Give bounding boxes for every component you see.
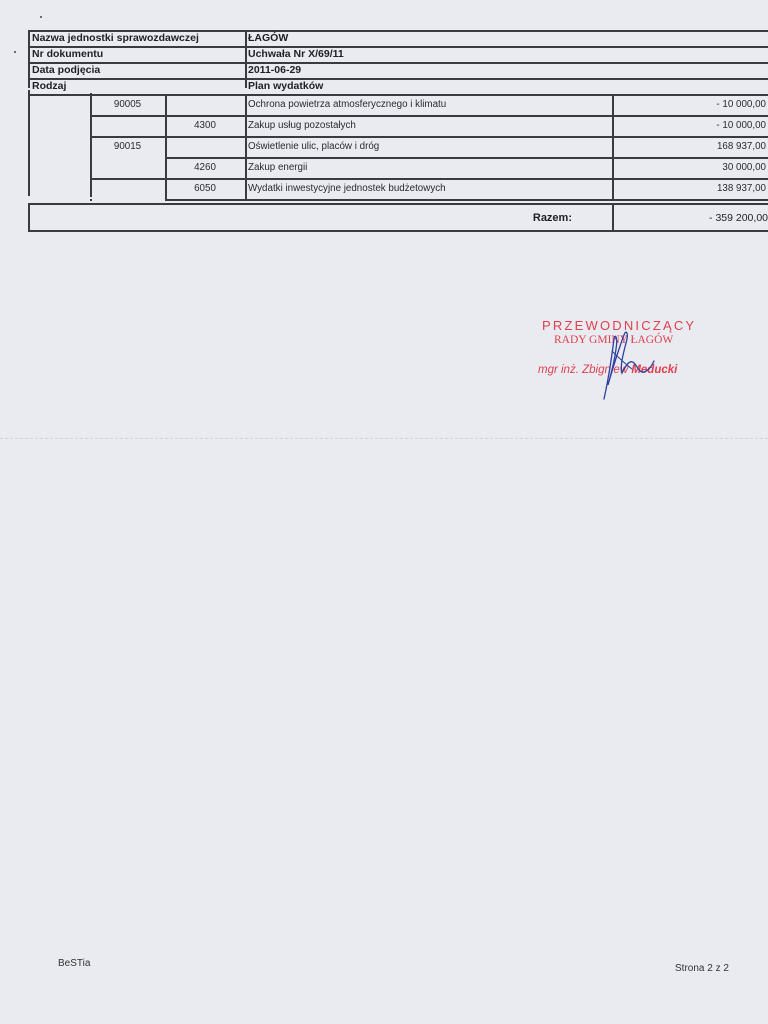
cell-amount: 30 000,00: [613, 159, 768, 178]
total-label: Razem:: [533, 205, 572, 231]
table-row: 4300 Zakup usług pozostałych - 10 000,00: [90, 115, 768, 136]
header-row-document-number: Nr dokumentu Uchwała Nr X/69/11: [28, 46, 768, 62]
cell-amount: 168 937,00: [613, 138, 768, 157]
header-label: Nr dokumentu: [32, 47, 103, 61]
cell-paragraph: 6050: [165, 180, 245, 199]
expenditure-table: 90005 Ochrona powietrza atmosferycznego …: [90, 94, 768, 201]
total-divider: [612, 205, 614, 230]
header-label: Rodzaj: [32, 79, 66, 93]
table-row: 6050 Wydatki inwestycyjne jednostek budż…: [90, 178, 768, 201]
scan-artifact-line: [0, 438, 768, 439]
table-row: 90015 Oświetlenie ulic, placów i dróg 16…: [90, 136, 768, 157]
cell-paragraph: [165, 138, 245, 157]
header-label: Data podjęcia: [32, 63, 100, 77]
table-column-divider: [245, 94, 247, 200]
header-value: Plan wydatków: [248, 79, 323, 93]
cell-chapter: [90, 159, 165, 178]
signature-icon: [520, 315, 730, 405]
cell-paragraph: 4300: [165, 117, 245, 136]
cell-name: Ochrona powietrza atmosferycznego i klim…: [248, 96, 608, 115]
cell-chapter: [90, 180, 165, 199]
merged-cell-mask: [92, 157, 165, 160]
footer-page-number: Strona 2 z 2: [675, 963, 729, 974]
cell-name: Zakup usług pozostałych: [248, 117, 608, 136]
scan-speck: [14, 51, 16, 53]
cell-amount: - 10 000,00: [613, 117, 768, 136]
header-value: ŁAGÓW: [248, 31, 288, 45]
table-row: 90005 Ochrona powietrza atmosferycznego …: [90, 94, 768, 115]
cell-paragraph: 4260: [165, 159, 245, 178]
cell-chapter: 90015: [90, 138, 165, 157]
footer-software-name: BeSTia: [58, 958, 90, 969]
official-stamp: PRZEWODNICZĄCY RADY GMINY ŁAGÓW mgr inż.…: [520, 315, 730, 405]
header-label: Nazwa jednostki sprawozdawczej: [32, 31, 199, 45]
cell-chapter: [90, 117, 165, 136]
table-row: 4260 Zakup energii 30 000,00: [90, 157, 768, 178]
header-value: 2011-06-29: [248, 63, 301, 77]
document-header-table: Nazwa jednostki sprawozdawczej ŁAGÓW Nr …: [28, 30, 768, 96]
cell-paragraph: [165, 96, 245, 115]
header-row-unit: Nazwa jednostki sprawozdawczej ŁAGÓW: [28, 30, 768, 46]
total-row: Razem: - 359 200,00: [28, 203, 768, 232]
cell-amount: - 10 000,00: [613, 96, 768, 115]
scan-speck: [40, 16, 42, 18]
cell-amount: 138 937,00: [613, 180, 768, 199]
table-column-divider: [612, 94, 614, 200]
header-row-date: Data podjęcia 2011-06-29: [28, 62, 768, 78]
header-value: Uchwała Nr X/69/11: [248, 47, 344, 61]
cell-name: Oświetlenie ulic, placów i dróg: [248, 138, 608, 157]
total-value: - 359 200,00: [709, 205, 768, 231]
cell-name: Wydatki inwestycyjne jednostek budżetowy…: [248, 180, 608, 199]
table-column-divider: [165, 94, 167, 200]
cell-name: Zakup energii: [248, 159, 608, 178]
cell-chapter: 90005: [90, 96, 165, 115]
table-outer-border: [28, 90, 30, 196]
